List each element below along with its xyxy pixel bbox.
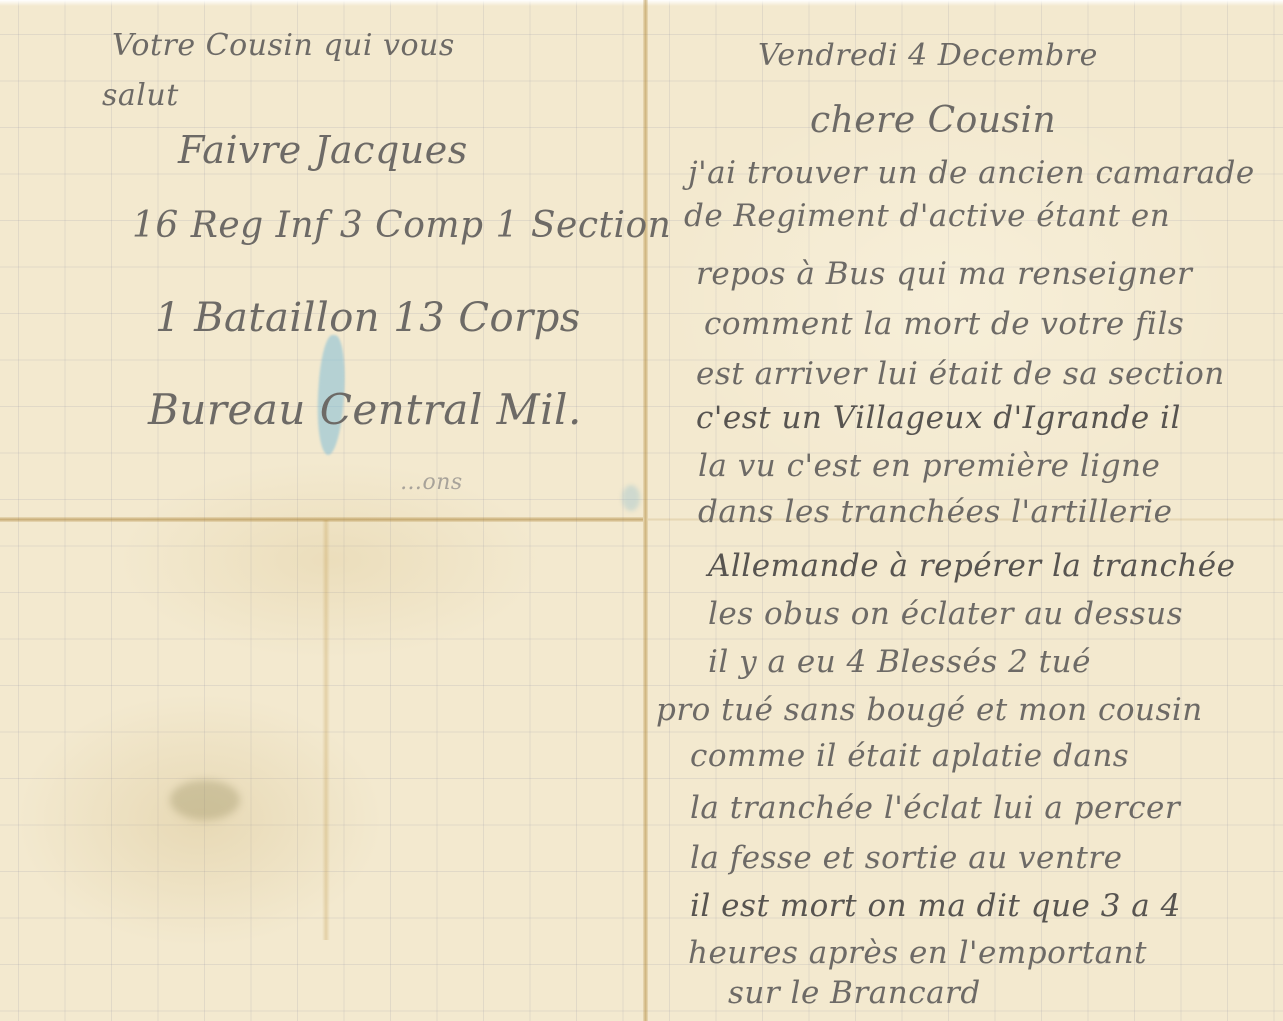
letter-line: la tranchée l'éclat lui a percer [690, 790, 1180, 826]
letter-line: est arriver lui était de sa section [696, 356, 1225, 392]
letter-line: sur le Brancard [728, 975, 981, 1011]
letter-line: de Regiment d'active étant en [684, 198, 1170, 234]
letter-line: comment la mort de votre fils [704, 306, 1184, 342]
letter-line: comme il était aplatie dans [690, 738, 1129, 774]
letter-line: c'est un Villageux d'Igrande il [696, 400, 1181, 436]
letter-line: pro tué sans bougé et mon cousin [656, 692, 1203, 728]
letter-line: la fesse et sortie au ventre [690, 840, 1122, 876]
sender-bureau: Bureau Central Mil. [148, 385, 582, 434]
closing-salut: salut [102, 78, 179, 113]
sender-battalion: 1 Bataillon 13 Corps [155, 295, 581, 341]
letter-sheet: Votre Cousin qui vous salut Faivre Jacqu… [0, 0, 1283, 1021]
left-page: Votre Cousin qui vous salut Faivre Jacqu… [0, 0, 643, 1021]
letter-line: j'ai trouver un de ancien camarade [688, 155, 1255, 191]
letter-line: il y a eu 4 Blessés 2 tué [708, 644, 1091, 680]
sender-regiment: 16 Reg Inf 3 Comp 1 Section [132, 205, 671, 246]
sender-name: Faivre Jacques [178, 128, 468, 172]
letter-line: repos à Bus qui ma renseigner [696, 256, 1192, 292]
letter-line: la vu c'est en première ligne [698, 448, 1160, 484]
letter-greeting: chere Cousin [810, 100, 1056, 141]
right-page: Vendredi 4 Decembre chere Cousin j'ai tr… [648, 0, 1283, 1021]
letter-date: Vendredi 4 Decembre [758, 38, 1098, 73]
closing-line: Votre Cousin qui vous [112, 28, 455, 63]
letter-line: Allemande à repérer la tranchée [708, 548, 1235, 584]
letter-line: les obus on éclater au dessus [708, 596, 1183, 632]
letter-line: heures après en l'emportant [688, 935, 1147, 971]
faint-text: …ons [400, 470, 463, 495]
letter-line: il est mort on ma dit que 3 a 4 [690, 888, 1181, 924]
letter-line: dans les tranchées l'artillerie [698, 494, 1172, 530]
